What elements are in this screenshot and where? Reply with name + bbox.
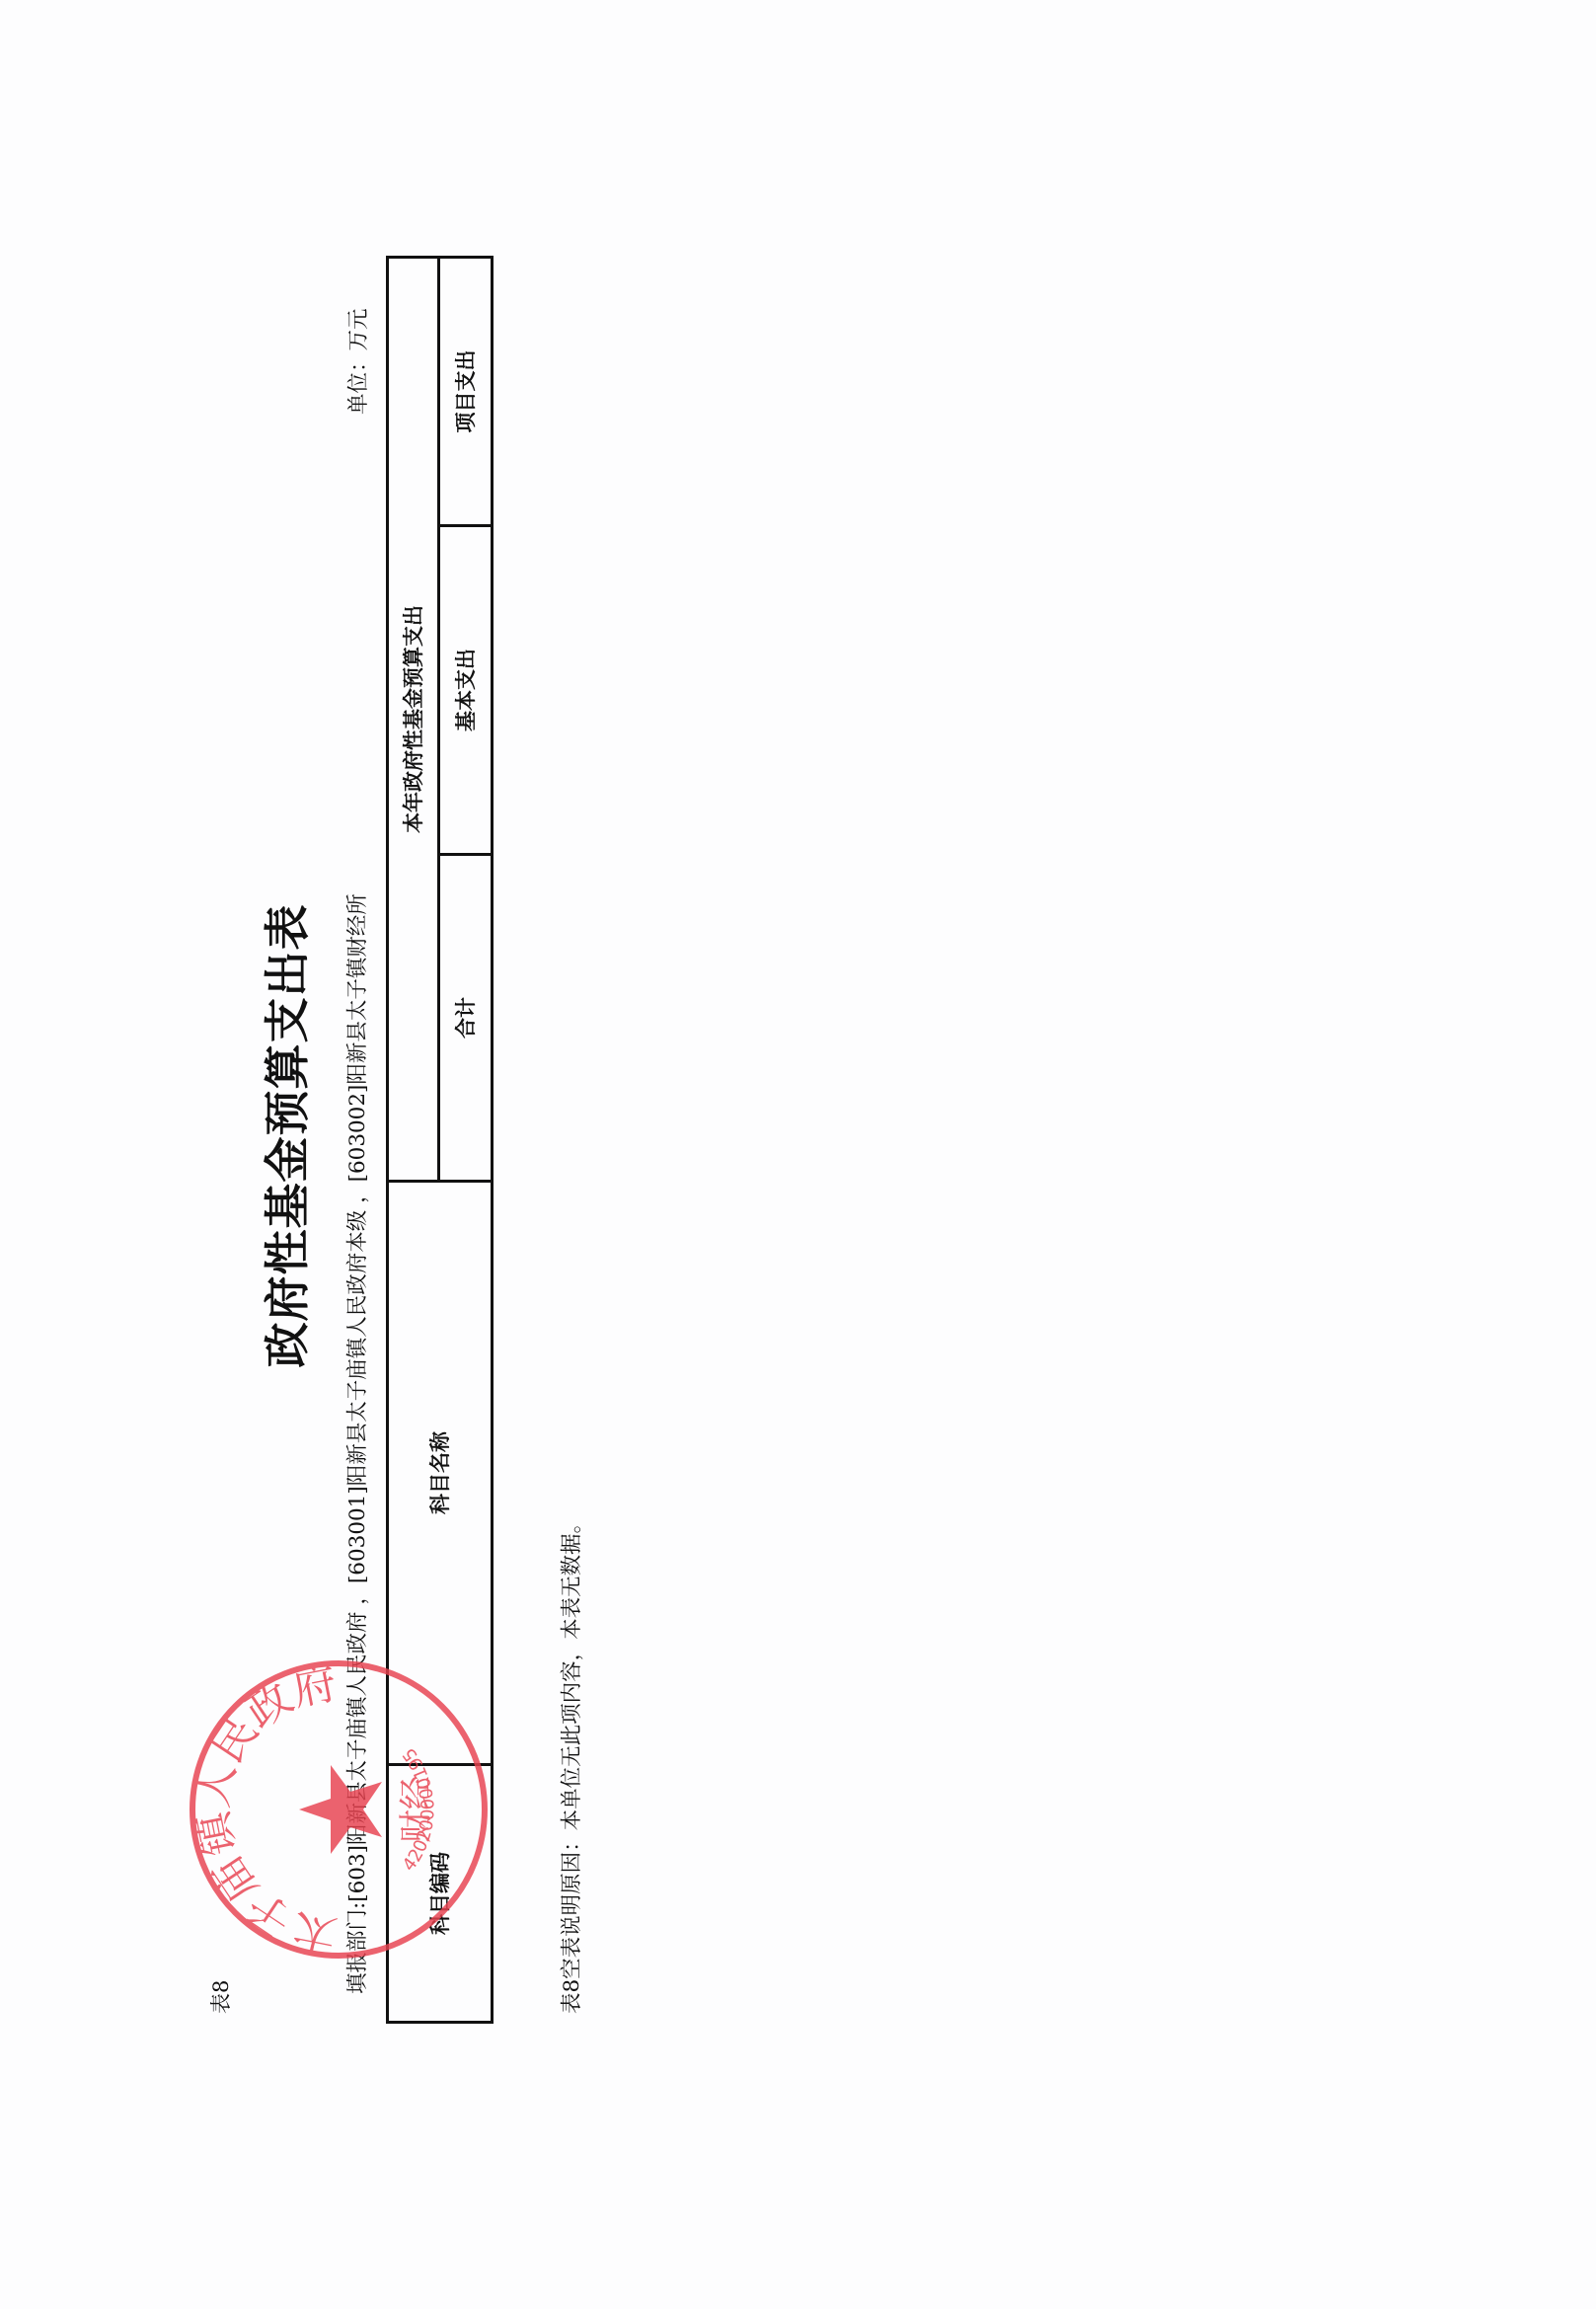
seal-text: 太子庙镇人民政府 [187, 1658, 341, 1962]
header-name: 科目名称 [388, 1182, 493, 1765]
header-group: 本年政府性基金预算支出 [388, 258, 439, 1182]
unit-label: 单位：万元 [345, 308, 373, 415]
department-line: 填报部门:[603]阳新县太子庙镇人民政府 ，[603001]阳新县太子庙镇人民… [344, 893, 372, 1994]
table-number: 表8 [207, 1980, 235, 2014]
document-page: 表8 政府性基金预算支出表 填报部门:[603]阳新县太子庙镇人民政府 ，[60… [0, 0, 1596, 2309]
header-project: 项目支出 [439, 258, 493, 526]
empty-table-note: 表8空表说明原因：本单位无此项内容，本表无数据。 [559, 1512, 586, 2014]
fund-expenditure-table: 科目编码 科目名称 本年政府性基金预算支出 合计 基本支出 项目支出 [386, 256, 494, 2024]
header-total: 合计 [439, 855, 493, 1182]
page-title: 政府性基金预算支出表 [263, 901, 312, 1370]
header-code: 科目编码 [388, 1765, 493, 2023]
header-basic: 基本支出 [439, 526, 493, 855]
